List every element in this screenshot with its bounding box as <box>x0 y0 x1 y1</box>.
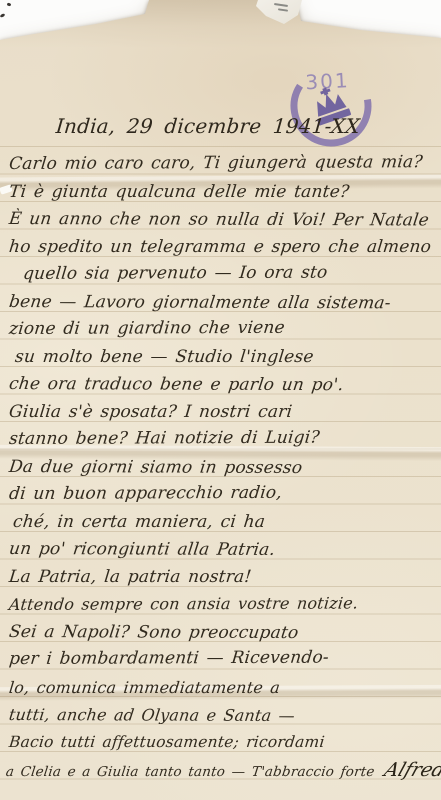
letter-line: ho spedito un telegramma e spero che alm… <box>8 234 441 262</box>
letter-line: Da due giorni siamo in possesso <box>7 454 441 483</box>
letter-line: quello sia pervenuto — Io ora sto <box>8 259 441 288</box>
letter-line: È un anno che non so nulla di Voi! Per N… <box>7 206 441 235</box>
letter-line: La Patria, la patria nostra! <box>8 564 441 592</box>
letter-line: Attendo sempre con ansia vostre notizie. <box>8 589 441 618</box>
letter-line: di un buon apparecchio radio, <box>8 479 441 508</box>
paper-shadow-wrapper: 301 India, 29 dicembre 1941-XX Carlo mio… <box>0 0 441 800</box>
postmark-stamp: 301 <box>276 52 387 159</box>
letter-line: Giulia s'è sposata? I nostri cari <box>8 399 441 427</box>
letter-body: Carlo mio caro caro, Ti giungerà questa … <box>9 151 441 756</box>
tape-print-mark <box>274 3 288 7</box>
letter-line: bene — Lavoro giornalmente alla sistema- <box>7 289 441 318</box>
letter-paper: 301 India, 29 dicembre 1941-XX Carlo mio… <box>0 0 441 800</box>
letter-line: Bacio tutti affettuosamente; ricordami <box>8 729 441 757</box>
scanned-letter-page: 301 India, 29 dicembre 1941-XX Carlo mio… <box>0 0 441 800</box>
letter-line: Ti è giunta qualcuna delle mie tante? <box>8 179 441 207</box>
letter-line: tutti, anche ad Olyana e Santa — <box>7 701 441 730</box>
letter-line: un po' ricongiunti alla Patria. <box>7 536 441 565</box>
tape-print-mark <box>278 8 288 11</box>
closing-text: a Clelia e a Giulia tanto tanto — T'abbr… <box>5 764 376 780</box>
letter-dateline: India, 29 dicembre 1941-XX <box>55 114 361 138</box>
letter-line: su molto bene — Studio l'inglese <box>8 344 441 372</box>
letter-line: per i bombardamenti — Ricevendo- <box>8 644 441 673</box>
letter-line: lo, comunica immediatamente a <box>8 674 441 702</box>
letter-line: ché, in certa maniera, ci ha <box>8 509 441 537</box>
letter-line: stanno bene? Hai notizie di Luigi? <box>8 424 441 453</box>
letter-line: Sei a Napoli? Sono preoccupato <box>7 619 441 648</box>
letter-line: zione di un giardino che viene <box>8 314 441 343</box>
letter-line: Carlo mio caro caro, Ti giungerà questa … <box>8 149 441 178</box>
letter-closing-line: a Clelia e a Giulia tanto tanto — T'abbr… <box>4 757 441 784</box>
signature: Alfredo <box>381 757 441 784</box>
letter-line: che ora traduco bene e parlo un po'. <box>7 371 441 400</box>
